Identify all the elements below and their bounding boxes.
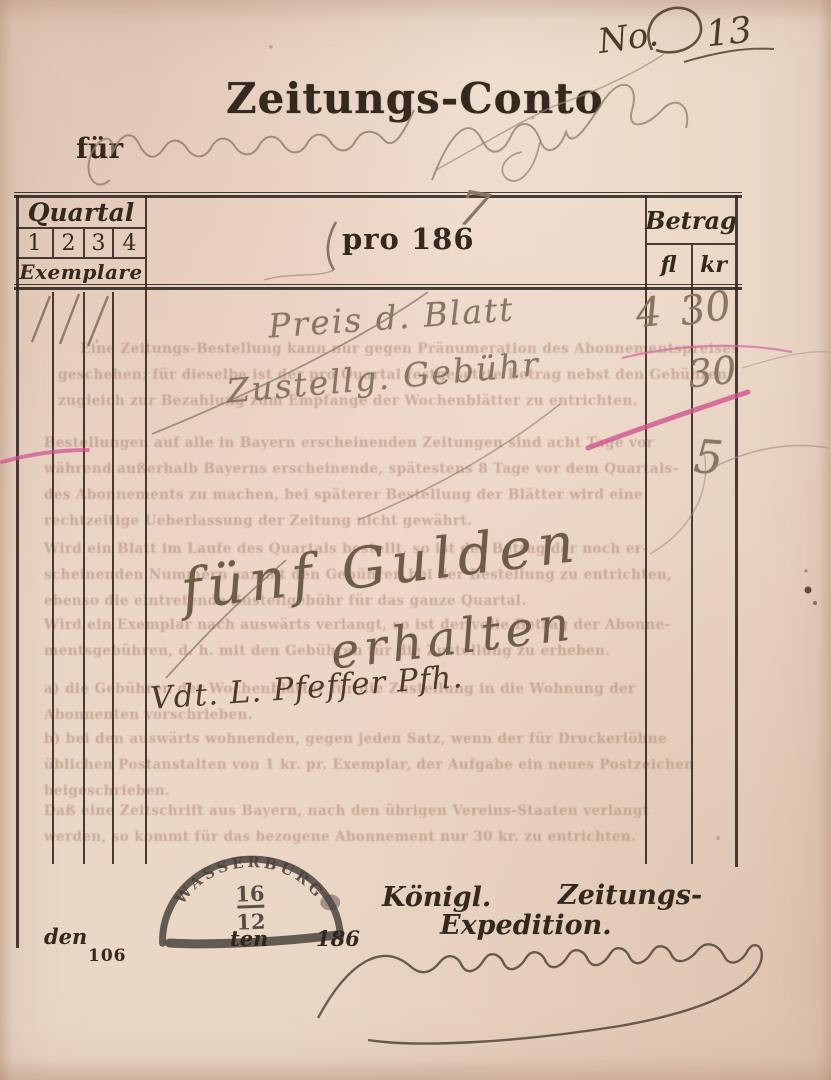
entry-row1-kr: 30 [677,283,734,336]
page-title: Zeitungs-Conto [226,74,604,123]
ink-speck-2 [813,601,817,605]
recipient-scrawl-descender [502,142,540,181]
zeitungs-label: Zeitungs- [558,880,702,911]
kr-header: kr [692,250,735,280]
entry-row3-kr: 5 [692,429,725,485]
document-number-value: 13 [704,10,754,56]
stamp-month: 12 [236,909,266,935]
entry-row2-kr: 30 [686,348,739,397]
quartal-col-1: 1 [17,230,52,256]
table-rule-q1-body [52,292,54,864]
signature-scrawl [318,944,762,1043]
exemplare-header: Exemplare [17,259,145,285]
quartal-header: Quartal [17,197,145,227]
paper-blemish-1 [269,45,272,48]
table-rule-q2-body [83,292,85,864]
pro-paren-mark [328,222,336,270]
table-rule-q3-body [112,292,114,864]
bleedthrough-block-7: Daß eine Zeitschrift aus Bayern, nach de… [44,798,784,850]
scanned-document-page: Eine Zeitungs-Bestellung kann nur gegen … [0,0,831,1080]
betrag-header: Betrag [647,205,735,235]
table-rule-kr-divider [691,245,693,864]
quartal-col-4: 4 [114,230,145,256]
quartal-col-2: 2 [54,230,83,256]
table-rule-right-outer [735,195,738,867]
fl-header: fl [646,250,691,280]
table-rule-section-left [145,195,147,864]
ink-speck-1 [805,587,812,594]
fuer-label: für [76,132,123,165]
table-rule-header [14,287,742,290]
ink-speck-3 [805,570,808,573]
table-rule-left-outer [16,195,19,948]
table-rule-betrag-under [647,243,735,245]
pro-paren-tail [264,270,334,280]
expedition-label: Expedition. [440,910,612,941]
form-number: 106 [88,946,127,966]
koenigl-label: Königl. [382,882,491,913]
quartal-tally-1 [32,296,50,342]
document-number-label: No. [596,14,661,62]
den-label: den [44,924,87,949]
stamp-day: 16 [235,881,265,907]
bleedthrough-block-2: Bestellungen auf alle in Bayern erschein… [44,430,784,534]
pro-year-digit-handwritten: 7 [453,180,493,240]
table-rule-top-thin [14,192,742,193]
stamp-baseline-smudge [169,935,335,945]
bleedthrough-block-6: b) bei den auswärts wohnenden, gegen jed… [44,726,784,804]
postmark-stamp: WASSERBURG 16 12 [136,839,372,955]
quartal-col-3: 3 [85,230,112,256]
entry-row1-fl: 4 [634,289,664,337]
table-rule-quartal-under [17,227,145,229]
